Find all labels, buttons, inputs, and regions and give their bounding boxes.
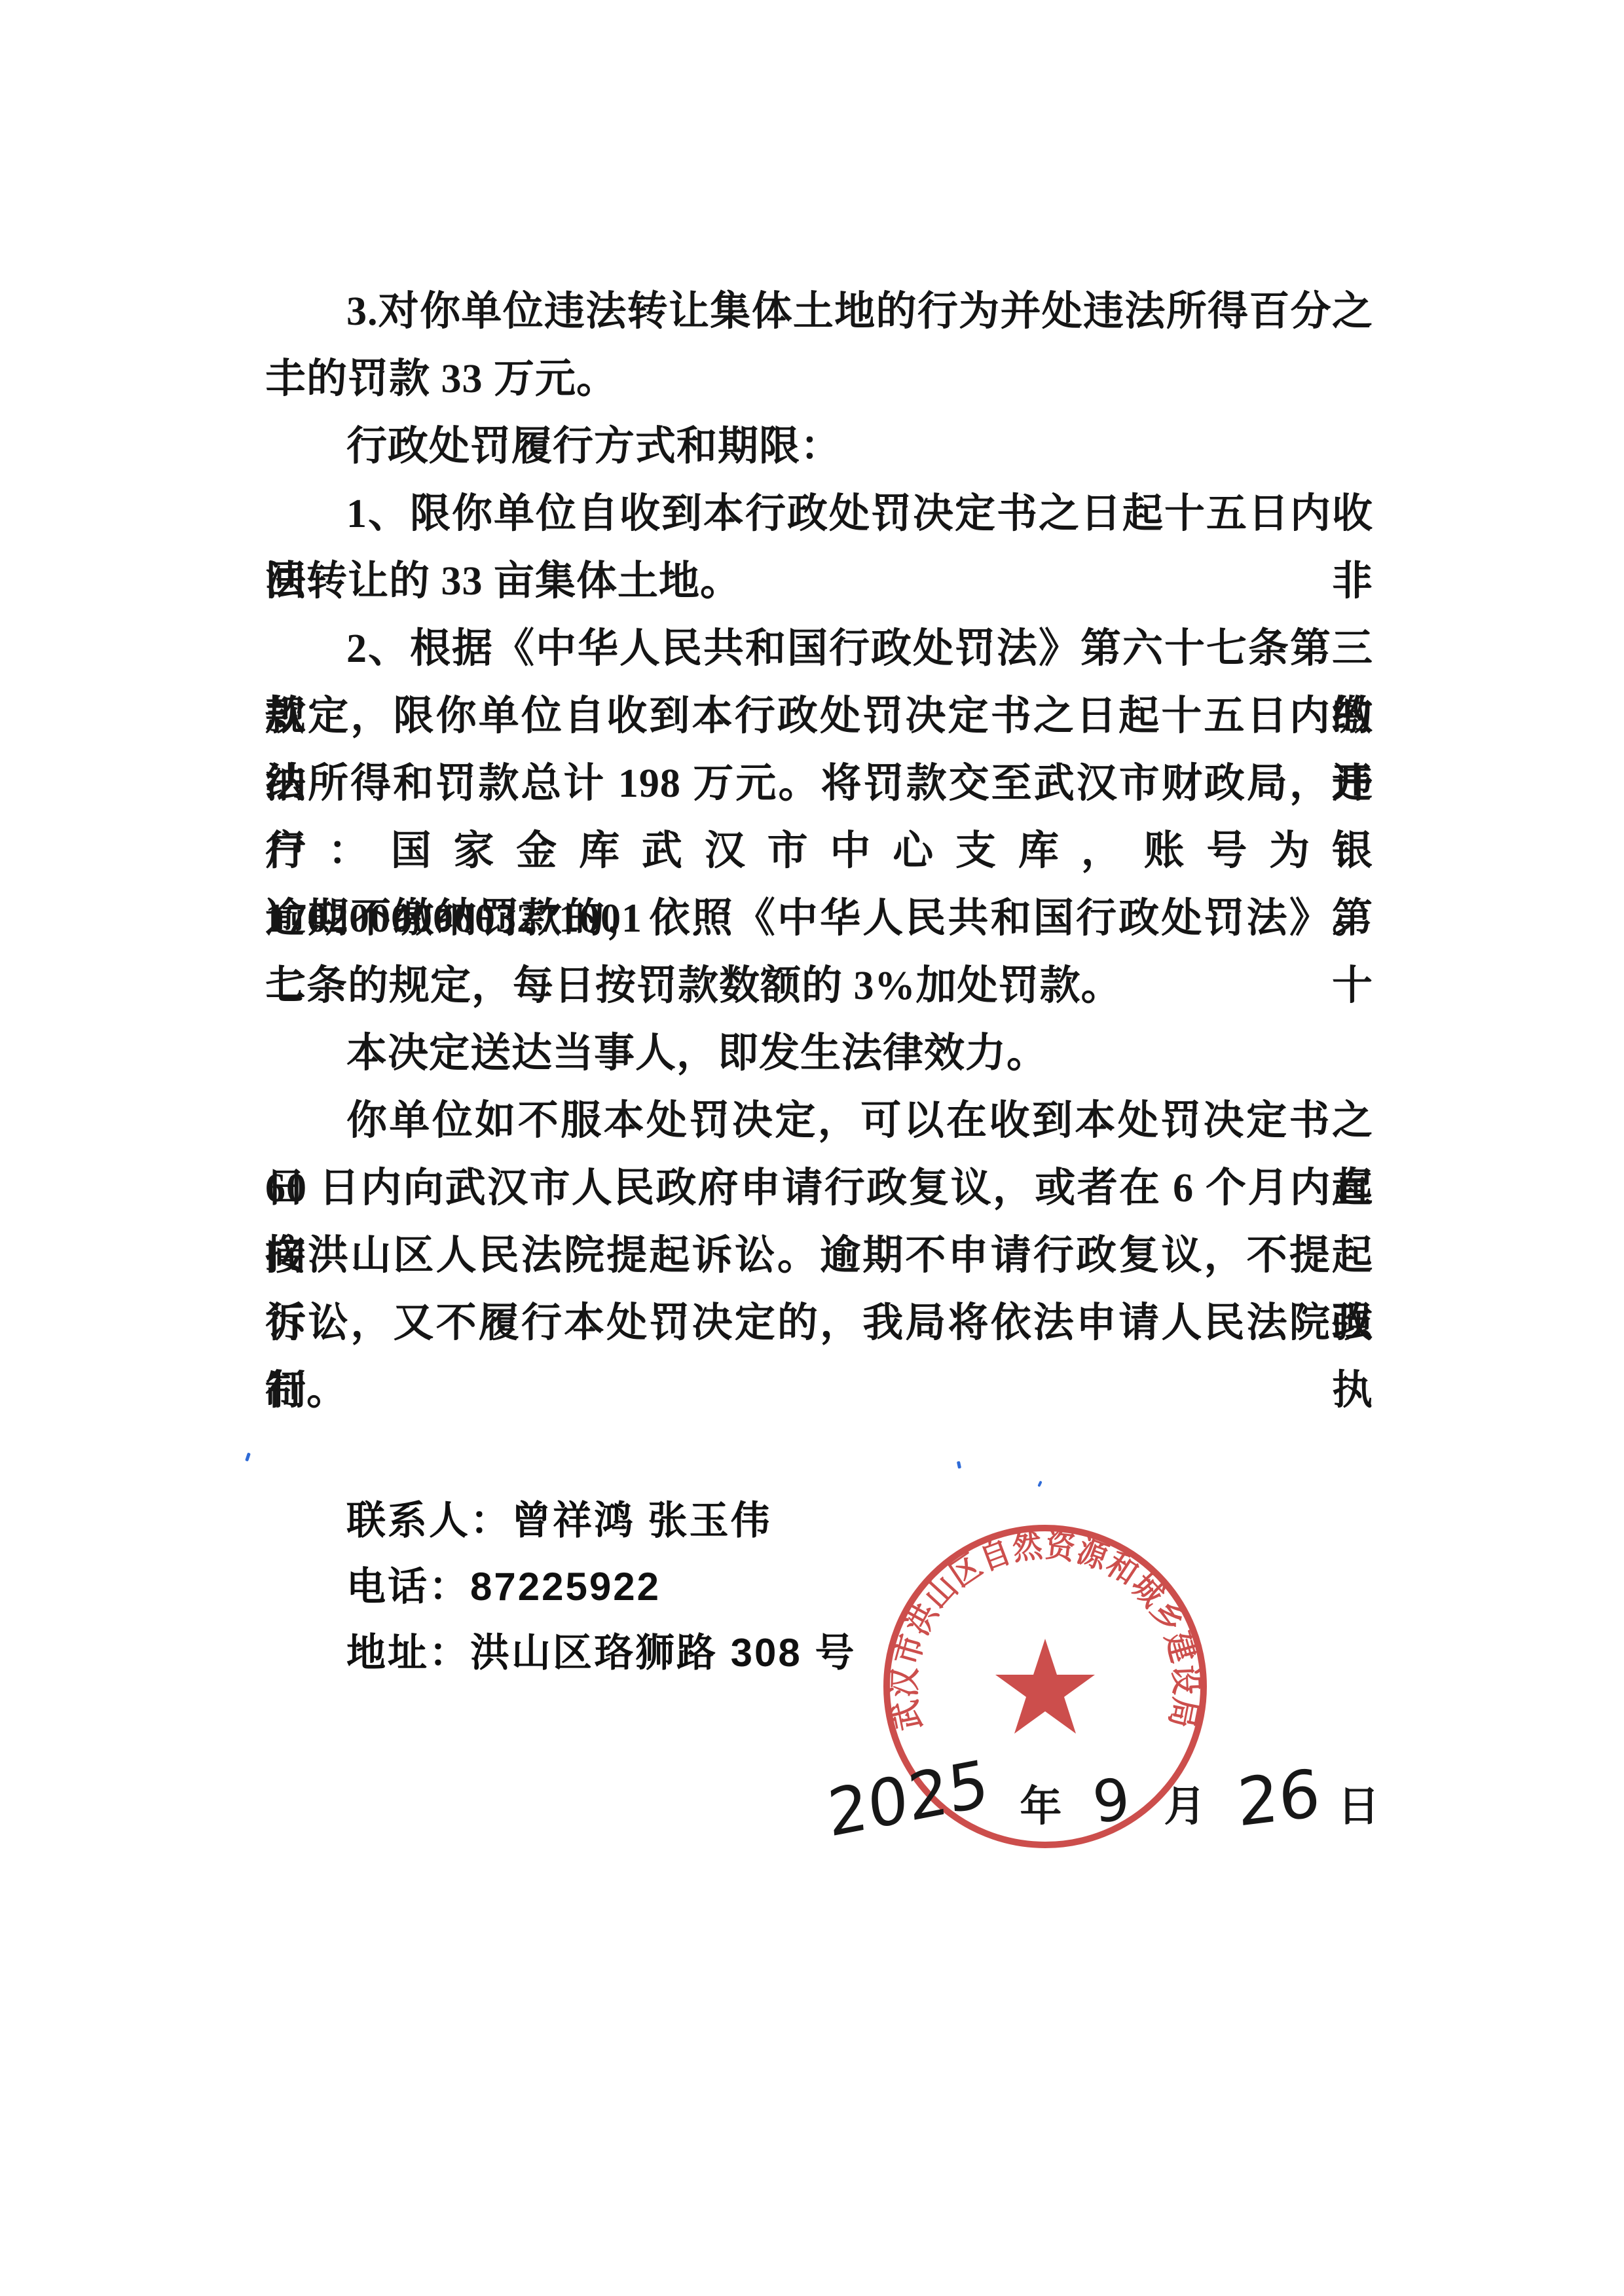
date-month-handwritten: 9 <box>1090 1765 1133 1836</box>
body-line-10: 逾期不缴纳罚款的，依照《中华人民共和国行政处罚法》第七十 <box>265 885 1373 953</box>
body-line-6: 2、根据《中华人民共和国行政处罚法》第六十七条第三款的 <box>265 615 1373 683</box>
body-line-14: 60 日内向武汉市人民政府申请行政复议，或者在 6 个月内直接 <box>265 1155 1373 1222</box>
date-month-unit: 月 <box>1164 1773 1206 1833</box>
body-line-12: 本决定送达当事人，即发生法律效力。 <box>265 1020 1373 1087</box>
body-line-13: 你单位如不服本处罚决定，可以在收到本处罚决定书之日起 <box>265 1087 1373 1155</box>
penalty-decision-body: 3.对你单位违法转让集体土地的行为并处违法所得百分之二 十的罚款 33 万元。 … <box>265 278 1373 1425</box>
date-day-unit: 日 <box>1338 1773 1380 1833</box>
date-year-unit: 年 <box>1020 1773 1061 1833</box>
body-line-1: 3.对你单位违法转让集体土地的行为并处违法所得百分之二 <box>265 278 1373 346</box>
body-line-2: 十的罚款 33 万元。 <box>265 346 1373 413</box>
body-line-15: 向洪山区人民法院提起诉讼。逾期不申请行政复议，不提起行政 <box>265 1222 1373 1290</box>
body-line-16: 诉讼，又不履行本处罚决定的，我局将依法申请人民法院强制执 <box>265 1290 1373 1357</box>
body-line-7: 规定，限你单位自收到本行政处罚决定书之日起十五日内缴纳违 <box>265 683 1373 750</box>
document-page: 3.对你单位违法转让集体土地的行为并处违法所得百分之二 十的罚款 33 万元。 … <box>0 0 1624 2296</box>
date-day-handwritten: 26 <box>1236 1755 1322 1842</box>
body-line-4: 1、限你单位自收到本行政处罚决定书之日起十五日内收回非 <box>265 481 1373 548</box>
scan-artifact-dot <box>957 1461 961 1469</box>
scan-artifact-dot <box>245 1453 251 1462</box>
decision-date: 2025 年 9 月 26 日 <box>826 1760 1390 1851</box>
seal-star-icon <box>995 1639 1095 1734</box>
body-line-9: 行：国家金库武汉市中心支库，账号为：170200000003271001。 <box>265 818 1373 885</box>
contact-phone: 电话：87225922 <box>346 1554 856 1620</box>
scan-artifact-dot <box>1037 1481 1042 1487</box>
body-line-8: 法所得和罚款总计 198 万元。将罚款交至武汉市财政局，开户银 <box>265 750 1373 818</box>
contact-block: 联系人：曾祥鸿 张玉伟 电话：87225922 地址：洪山区珞狮路 308 号 <box>346 1487 856 1686</box>
body-line-3: 行政处罚履行方式和期限： <box>265 413 1373 481</box>
contact-person: 联系人：曾祥鸿 张玉伟 <box>346 1487 856 1554</box>
contact-address: 地址：洪山区珞狮路 308 号 <box>346 1620 856 1686</box>
date-year-handwritten: 2025 <box>824 1746 991 1852</box>
